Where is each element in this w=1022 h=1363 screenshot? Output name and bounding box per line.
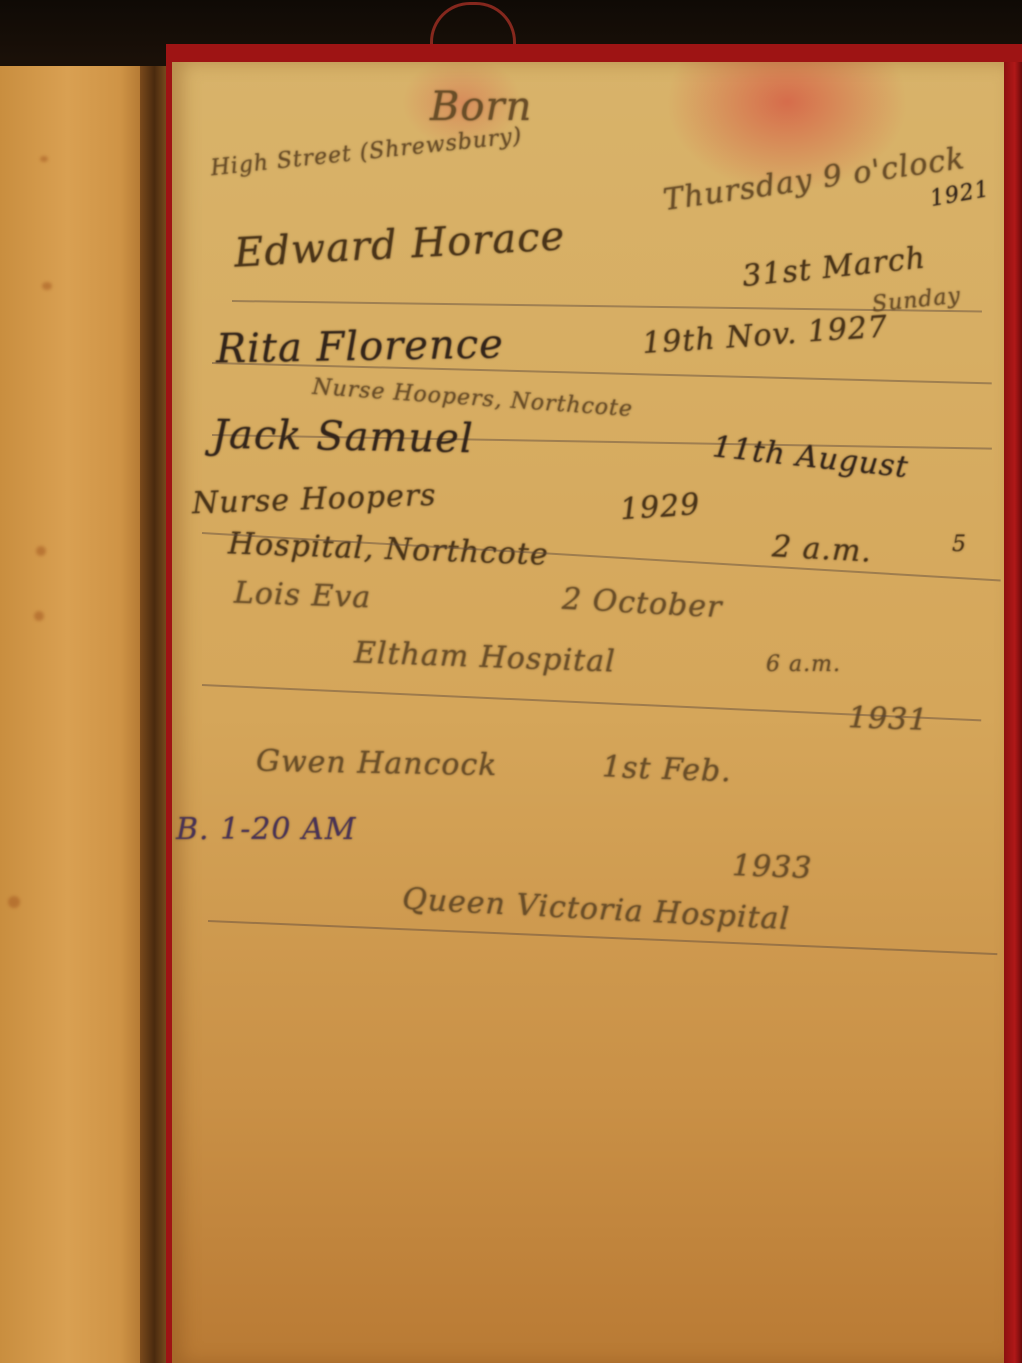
foxing-spot <box>40 156 48 162</box>
entry-5-time: B. 1-20 AM <box>176 812 356 847</box>
entry-2-day-note: Sunday <box>871 283 962 317</box>
entry-1-place: High Street (Shrewsbury) <box>210 124 524 182</box>
entry-1-day-note: Thursday 9 o'clock <box>661 141 967 218</box>
entry-3-extra-note: 2 a.m. <box>771 529 873 569</box>
book-photo: Born High Street (Shrewsbury) Thursday 9… <box>0 0 1022 1363</box>
entry-5-date: 1st Feb. <box>601 750 732 790</box>
entry-5-name: Gwen Hancock <box>256 744 498 783</box>
entry-3-year: 1929 <box>619 487 702 528</box>
entry-3-place-line1: Nurse Hoopers <box>191 478 437 522</box>
entry-4-name: Lois Eva <box>233 576 371 616</box>
entry-3-name: Jack Samuel <box>212 412 474 463</box>
entry-4-date: 2 October <box>561 582 723 625</box>
entry-2-date: 19th Nov. 1927 <box>641 309 889 361</box>
entry-4-place: Eltham Hospital <box>353 635 616 679</box>
entry-3-date: 11th August <box>711 430 911 485</box>
entry-4-extra-note: 6 a.m. <box>766 652 841 677</box>
foxing-spot <box>8 896 20 908</box>
left-page <box>0 66 150 1363</box>
foxing-spot <box>36 546 46 556</box>
register-page: Born High Street (Shrewsbury) Thursday 9… <box>172 62 1004 1363</box>
foxing-spot <box>34 611 44 621</box>
entry-5-year: 1933 <box>731 849 813 887</box>
foxing-spot <box>42 282 52 290</box>
entry-5-place: Queen Victoria Hospital <box>401 882 791 937</box>
entry-4-year: 1931 <box>847 701 929 739</box>
entry-1-name: Edward Horace <box>233 213 566 276</box>
entry-1-year: 1921 <box>928 177 991 212</box>
book-red-edge <box>1004 62 1022 1363</box>
entry-3-margin-number: 5 <box>952 532 967 557</box>
entry-1-date: 31st March <box>741 240 928 294</box>
